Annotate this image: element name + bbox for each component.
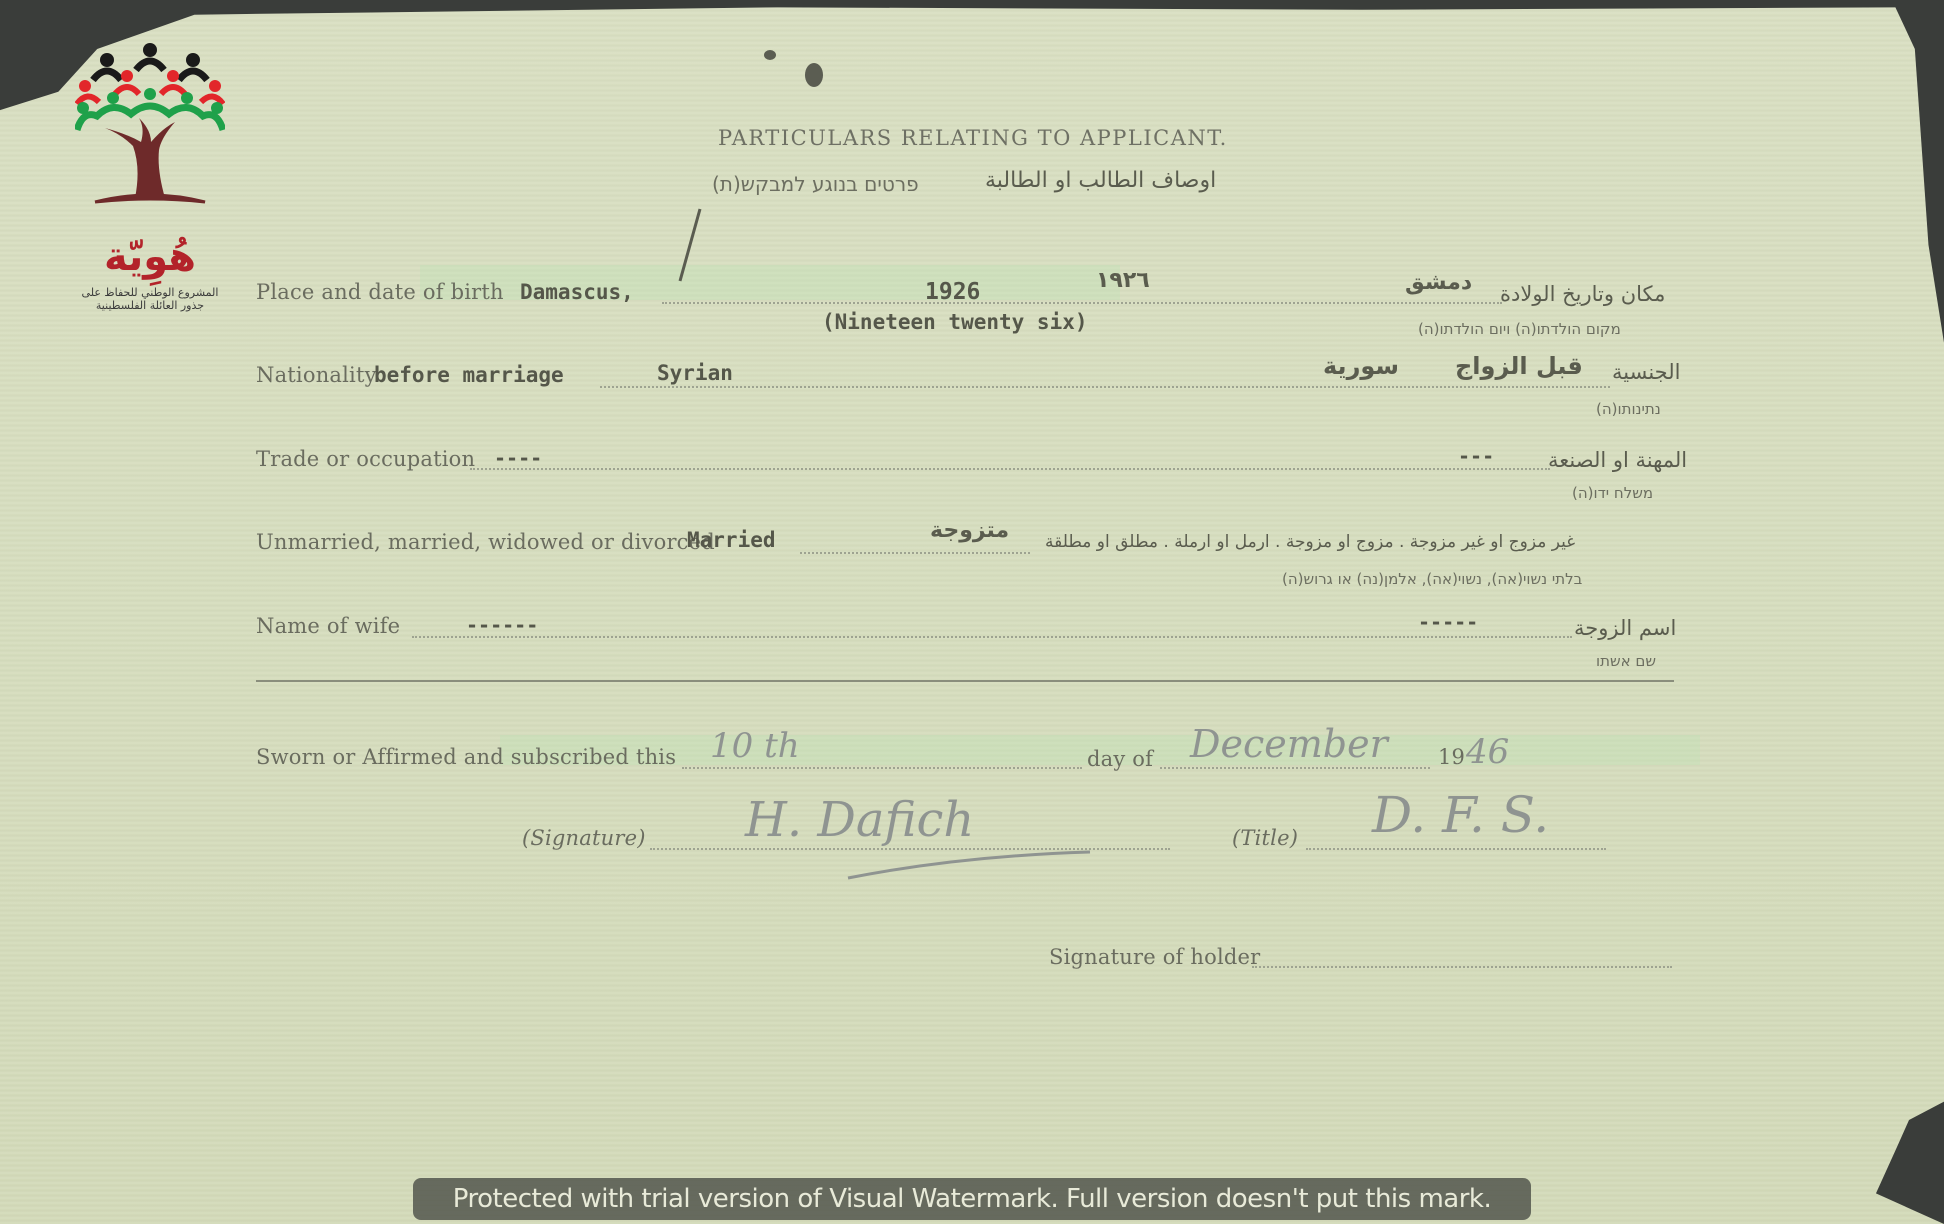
marital-label-arabic: غير مزوج او غير مزوجة . مزوج او مزوجة . … — [1045, 532, 1575, 552]
trial-watermark-banner: Protected with trial version of Visual W… — [413, 1178, 1531, 1220]
pen-mark — [670, 205, 710, 285]
nationality-label-arabic: الجنسية — [1612, 360, 1680, 384]
document-page — [0, 0, 1944, 1224]
logo-wordmark: هُوِيّة — [75, 234, 225, 280]
logo-tagline-2: جذور العائلة الفلسطينية — [75, 299, 225, 312]
birth-place-arabic: دمشق — [1405, 270, 1472, 295]
oath-year-value: 46 — [1466, 732, 1509, 772]
birth-year-value: 1926 — [925, 279, 980, 305]
marital-arabic-value: متزوجة — [930, 518, 1009, 543]
birth-label: Place and date of birth — [256, 280, 504, 304]
marital-value: Married — [687, 528, 776, 552]
nationality-label-hebrew: נתינותו(ה) — [1596, 400, 1661, 418]
birth-dotted-line — [662, 302, 1502, 304]
nationality-arabic-prefix: قبل الزواج — [1455, 352, 1583, 380]
nationality-label: Nationality — [256, 363, 377, 387]
occupation-value: ---- — [494, 446, 542, 470]
oath-day-value: 10 th — [710, 726, 800, 766]
holder-signature-dotted-line — [1252, 966, 1672, 968]
signature-value: H. Dafich — [745, 792, 974, 848]
title-label: (Title) — [1232, 826, 1298, 850]
heading-hebrew: פרטים בנוגע למבקש(ת) — [712, 172, 919, 196]
day-of-label: day of — [1087, 747, 1153, 771]
oath-year-prefix: 19 — [1438, 745, 1465, 769]
title-value: D. F. S. — [1372, 786, 1549, 844]
marital-dotted-line — [800, 552, 1030, 554]
birth-year-arabic: ١٩٢٦ — [1096, 268, 1150, 293]
oath-month-value: December — [1190, 722, 1388, 766]
logo-tagline-1: المشروع الوطني للحفاظ على — [75, 286, 225, 299]
ink-blot — [760, 45, 830, 95]
occupation-label-arabic: المهنة او الصنعة — [1548, 448, 1687, 472]
wife-name-dotted-line — [412, 636, 1572, 638]
document-heading: PARTICULARS RELATING TO APPLICANT. — [718, 126, 1228, 150]
wife-name-label-hebrew: שם אשתו — [1596, 652, 1656, 670]
occupation-label-hebrew: משלח ידו(ה) — [1572, 484, 1653, 502]
wife-name-label: Name of wife — [256, 614, 400, 638]
occupation-label: Trade or occupation — [256, 447, 475, 471]
heading-arabic: اوصاف الطالب او الطالبة — [985, 168, 1216, 193]
oath-label: Sworn or Affirmed and subscribed this — [256, 745, 676, 769]
nationality-prefix-value: before marriage — [374, 363, 564, 387]
section-divider — [256, 680, 1674, 682]
occupation-arabic-value: --- — [1458, 444, 1494, 468]
title-dotted-line — [1306, 848, 1606, 850]
wife-name-value: ------ — [466, 613, 538, 637]
birth-label-hebrew: מקום הולדתו(ה) ויום הולדתו(ה) — [1418, 320, 1621, 338]
marital-label-hebrew: בלתי נשוי(אה), נשוי(אה), אלמן(נה) או גרו… — [1282, 570, 1582, 588]
oath-month-dotted-line — [1160, 767, 1430, 769]
holder-signature-label: Signature of holder — [1049, 945, 1260, 969]
signature-flourish — [840, 848, 1100, 888]
occupation-dotted-line — [470, 468, 1550, 470]
wife-name-label-arabic: اسم الزوجة — [1574, 616, 1676, 640]
nationality-dotted-line — [600, 386, 1610, 388]
oath-day-dotted-line — [682, 767, 1082, 769]
family-tree-icon — [75, 38, 225, 228]
birth-place-value: Damascus, — [520, 280, 634, 304]
wife-name-arabic-value: ----- — [1418, 610, 1478, 634]
nationality-value: Syrian — [657, 361, 733, 385]
hawiya-logo: هُوِيّة المشروع الوطني للحفاظ على جذور ا… — [75, 38, 225, 312]
birth-label-arabic: مكان وتاريخ الولادة — [1500, 282, 1665, 306]
signature-label: (Signature) — [522, 826, 646, 850]
birth-year-words: (Nineteen twenty six) — [822, 310, 1088, 334]
nationality-arabic-value: سورية — [1323, 352, 1399, 380]
marital-label: Unmarried, married, widowed or divorced — [256, 530, 715, 554]
